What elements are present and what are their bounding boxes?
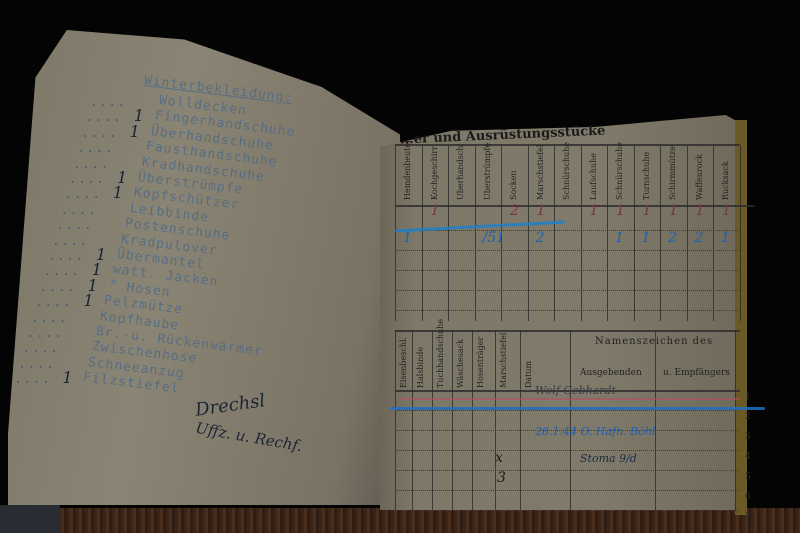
leader-dots: .... — [27, 326, 64, 340]
top-row-mark: 1 — [537, 203, 546, 219]
leader-dots: .... — [61, 203, 98, 217]
mark-x: x — [495, 450, 503, 466]
column-line — [660, 146, 661, 321]
blue-row-value: 2 — [536, 230, 545, 246]
column-header: Schirmmütze — [668, 152, 677, 200]
blue-strike — [390, 407, 765, 410]
blue-row-value: 1 — [615, 230, 624, 246]
top-row-mark: 1 — [643, 203, 652, 219]
leader-dots: .... — [86, 110, 123, 124]
blue-row-value: /51 — [483, 230, 506, 246]
leader-dots: .... — [23, 341, 60, 355]
column-header: Schnürschuhe — [562, 152, 571, 200]
column-line — [422, 146, 423, 321]
bottom-top-rule — [395, 330, 740, 332]
column-line — [570, 330, 571, 510]
top-row-mark: 1 — [431, 203, 440, 219]
column-header: Turnschuhe — [642, 152, 651, 200]
table-edge — [0, 505, 60, 533]
column-line — [452, 330, 453, 510]
photo-scene: Winterbekleidung: ....Wolldecken....Fing… — [0, 0, 800, 533]
dotted-rule — [395, 450, 740, 451]
top-row-mark: 1 — [590, 203, 599, 219]
signature-header: Namenszeichen des — [595, 336, 713, 347]
column-line — [554, 146, 555, 321]
blue-row-value: 2 — [668, 230, 677, 246]
leader-dots: .... — [90, 95, 127, 109]
column-header: Hemdenbeutel — [403, 152, 412, 200]
item-count: 1 — [83, 291, 93, 310]
column-header: Überhandsch. — [456, 152, 465, 200]
dotted-rule — [395, 270, 740, 271]
column-header: Kochgeschirr — [430, 152, 439, 200]
bottom-column-header: Hosenträger — [476, 340, 485, 388]
entry-3: 28.1.44 O. Hafn. Böhl — [535, 425, 655, 438]
cork-surface — [40, 508, 800, 533]
column-line — [432, 330, 433, 510]
row-number: 5 — [745, 472, 751, 482]
column-header: Rucksack — [721, 152, 730, 200]
top-row-mark: 1 — [722, 203, 731, 219]
dotted-rule — [395, 250, 740, 251]
column-header: Laufschuhe — [589, 152, 598, 200]
column-line — [475, 146, 476, 321]
column-line — [713, 146, 714, 321]
column-line — [581, 146, 582, 321]
leader-dots: .... — [82, 126, 119, 140]
dotted-rule — [395, 230, 740, 231]
blue-row-value: 1 — [721, 230, 730, 246]
bottom-column-header: Tuchhandschuhe — [436, 340, 445, 388]
top-row-mark: 1 — [616, 203, 625, 219]
dotted-rule — [395, 490, 740, 491]
leader-dots: .... — [73, 157, 110, 171]
mark-3: 3 — [497, 470, 506, 486]
column-line — [395, 330, 396, 510]
column-line — [687, 146, 688, 321]
column-line — [655, 330, 656, 510]
row-number: 1 — [745, 392, 751, 402]
column-line — [735, 330, 736, 510]
leader-dots: .... — [77, 141, 114, 155]
column-header: Überstrümpfe — [483, 152, 492, 200]
top-row-mark: 1 — [696, 203, 705, 219]
blue-row-value: 2 — [695, 230, 704, 246]
dotted-rule — [395, 290, 740, 291]
dotted-rule — [395, 470, 740, 471]
row-number: 2 — [745, 412, 751, 422]
dotted-rule — [395, 310, 740, 311]
row-number: 6 — [745, 492, 751, 502]
column-header: Socken — [509, 152, 518, 200]
column-line — [740, 146, 741, 321]
red-line — [400, 398, 740, 400]
column-line — [412, 330, 413, 510]
bottom-column-header: Marschstiefel — [499, 340, 508, 388]
item-count: 1 — [130, 122, 140, 141]
top-row-mark: 2 — [510, 203, 519, 219]
bottom-column-header: Halsbinde — [416, 340, 425, 388]
leader-dots: .... — [31, 311, 68, 325]
column-line — [472, 330, 473, 510]
dotted-rule — [395, 510, 740, 511]
blue-row-value: 1 — [642, 230, 651, 246]
issuer-header: Ausgebenden — [580, 368, 642, 378]
column-line — [634, 146, 635, 321]
leader-dots: .... — [69, 172, 106, 186]
leader-dots: .... — [44, 264, 81, 278]
leader-dots: .... — [56, 218, 93, 232]
dotted-rule — [395, 410, 740, 411]
column-line — [448, 146, 449, 321]
row-number: 7 — [745, 512, 751, 522]
bottom-column-header: Datum — [524, 340, 533, 388]
receiver-header: u. Empfängers — [663, 368, 730, 378]
column-line — [520, 330, 521, 510]
blue-row-value: 1 — [403, 230, 412, 246]
item-count: 1 — [62, 368, 72, 387]
leader-dots: .... — [40, 280, 77, 294]
column-line — [528, 146, 529, 321]
column-line — [607, 146, 608, 321]
bottom-column-header: Eisenbeschl. — [399, 340, 408, 388]
leader-dots: .... — [52, 234, 89, 248]
column-header: Waffenrock — [695, 152, 704, 200]
leader-dots: .... — [48, 249, 85, 263]
leader-dots: .... — [14, 372, 51, 386]
row-number: 3 — [745, 432, 751, 442]
column-line — [395, 146, 396, 321]
column-line — [495, 330, 496, 510]
entry-1: Wolf Gebhardt — [535, 384, 616, 397]
column-header: Marschstiefel — [536, 152, 545, 200]
column-header: Schnürschuhe — [615, 152, 624, 200]
leader-dots: .... — [19, 357, 56, 371]
bottom-column-header: Wäschesack — [456, 340, 465, 388]
leader-dots: .... — [35, 295, 72, 309]
item-count: 1 — [113, 183, 123, 202]
entry-4: Stoma 9/d — [580, 452, 637, 465]
top-row-mark: 1 — [669, 203, 678, 219]
leader-dots: .... — [65, 187, 102, 201]
row-number: 4 — [745, 452, 751, 462]
